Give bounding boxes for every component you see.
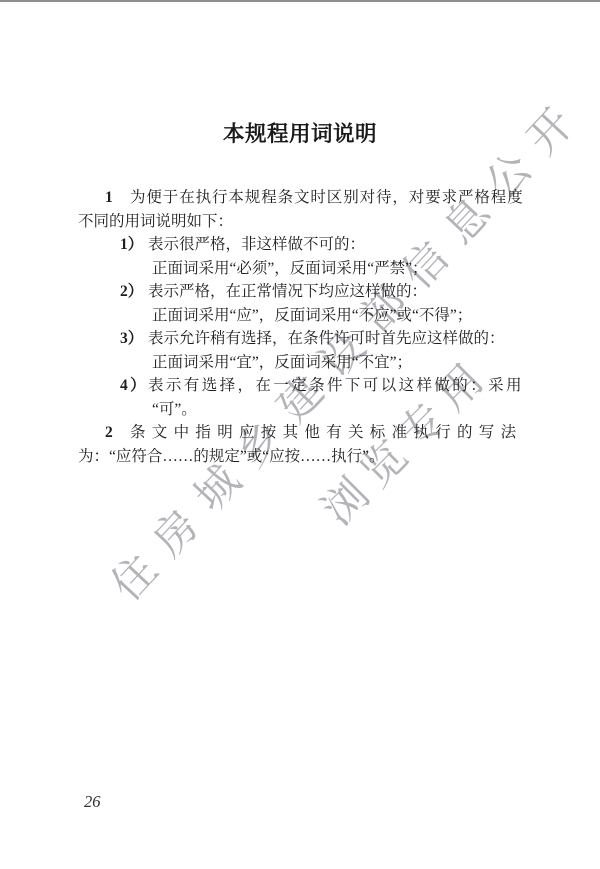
item3-usage-line: 正面词采用“宜”，反面词采用“不宜”； [78,351,523,375]
para2-line1: 2条文中指明应按其他有关标准执行的写法 [78,421,523,445]
para2-line2: 为：“应符合……的规定”或“应按……执行”。 [78,445,523,469]
scan-top-edge [0,0,600,2]
para1-line2: 不同的用词说明如下： [78,210,523,234]
item2-usage-line: 正面词采用“应”，反面词采用“不应”或“不得”； [78,304,523,328]
item2-number: 2） [120,280,148,304]
item4-number: 4） [120,374,148,398]
item4-usage-line: “可”。 [78,398,523,422]
item3-desc-text: 表示允许稍有选择，在条件许可时首先应这样做的： [148,330,505,347]
item4-desc-text: 表示有选择，在一定条件下可以这样做的：采用 [148,377,524,394]
para2-line1-text: 条文中指明应按其他有关标准执行的写法 [130,424,522,441]
item4-desc-line: 4）表示有选择，在一定条件下可以这样做的：采用 [78,374,523,398]
body-text: 1为便于在执行本规程条文时区别对待，对要求严格程度 不同的用词说明如下： 1）表… [78,186,523,468]
item1-number: 1） [120,233,148,257]
page-title: 本规程用词说明 [0,121,600,148]
item1-desc-line: 1）表示很严格，非这样做不可的： [78,233,523,257]
item3-desc-line: 3）表示允许稍有选择，在条件许可时首先应这样做的： [78,327,523,351]
para2-number: 2 [105,421,130,445]
item1-desc-text: 表示很严格，非这样做不可的： [148,236,365,253]
item2-desc-line: 2）表示严格，在正常情况下均应这样做的： [78,280,523,304]
page-number: 26 [84,792,101,812]
para1-line1: 1为便于在执行本规程条文时区别对待，对要求严格程度 [78,186,523,210]
item1-usage-line: 正面词采用“必须”，反面词采用“严禁”； [78,257,523,281]
para1-number: 1 [105,186,130,210]
item2-desc-text: 表示严格，在正常情况下均应这样做的： [148,283,427,300]
item3-number: 3） [120,327,148,351]
para1-line1-text: 为便于在执行本规程条文时区别对待，对要求严格程度 [130,189,524,206]
document-page: 住房城乡建设部信息公开 浏览专用 本规程用词说明 1为便于在执行本规程条文时区别… [0,0,600,869]
